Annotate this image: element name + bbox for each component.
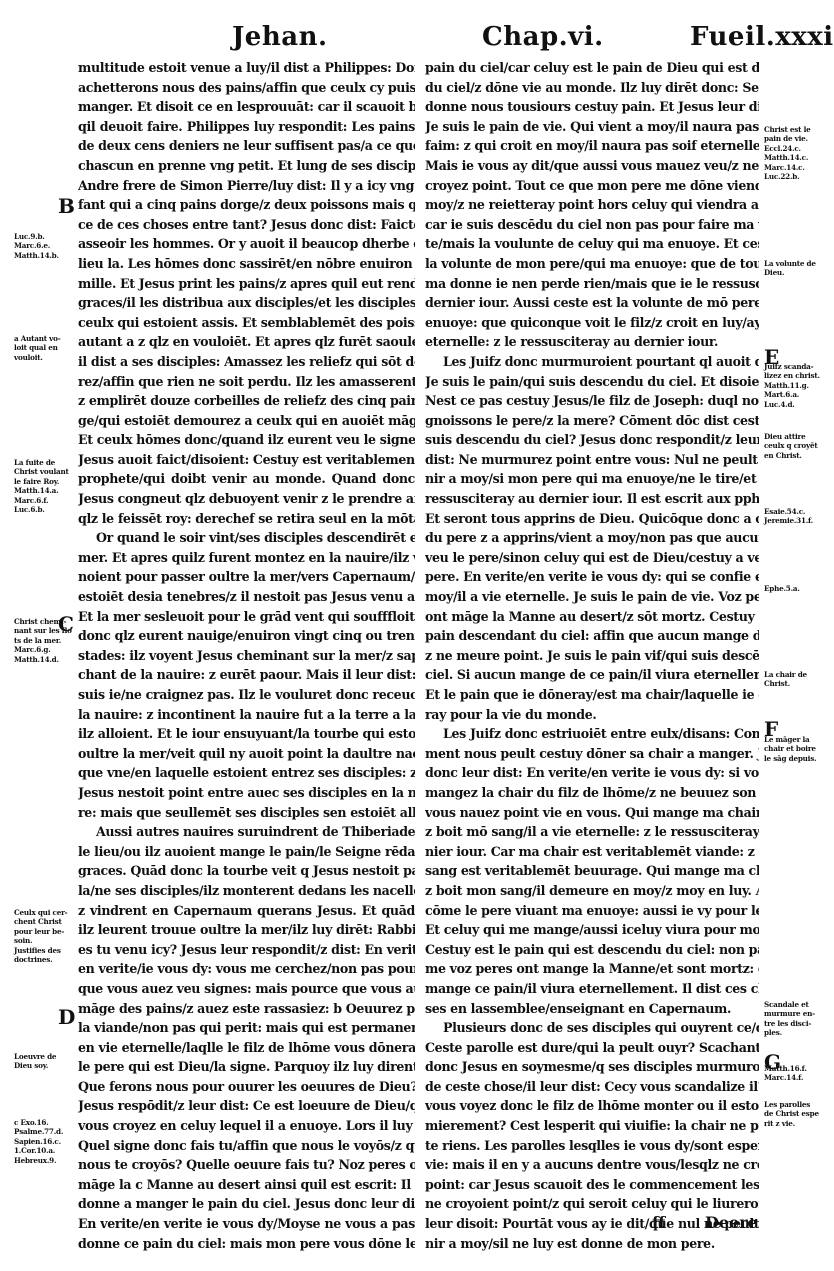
text-line: ses en lassemblee/enseignant en Capernau… (425, 999, 759, 1019)
margin-note: a Autant vo- loit qual en vouloit. (14, 334, 74, 362)
margin-note: Luc.9.b. Marc.6.e. Matth.14.b. (14, 232, 74, 260)
text-line: chant de la nauire: z eurēt paour. Mais … (78, 665, 415, 685)
text-line: Aussi autres nauires suruindrent de Thib… (78, 822, 415, 842)
margin-note: Loeuvre de Dieu soy. (14, 1052, 74, 1071)
section-letter: E (764, 345, 779, 369)
text-line: donne ce pain du ciel: mais mon pere vou… (78, 1234, 415, 1254)
text-line: ressusciteray au dernier iour. Il est es… (425, 489, 759, 509)
text-line: cōme le pere viuant ma enuoye: aussi ie … (425, 901, 759, 921)
text-line: de deux cens deniers ne leur suffisent p… (78, 136, 415, 156)
text-line: qlz le feissēt roy: derechef se retira s… (78, 509, 415, 529)
margin-note: Les parolles de Christ espe rit z vie. (764, 1100, 832, 1128)
text-line: mangez la chair du filz de lhōme/z ne be… (425, 783, 759, 803)
text-line: multitude estoit venue a luy/il dist a P… (78, 58, 415, 78)
text-line: qil deuoit faire. Philippes luy respondi… (78, 117, 415, 137)
text-line: ciel. Si aucun mange de ce pain/il viura… (425, 665, 759, 685)
text-line: moy/il a vie eternelle. Je suis le pain … (425, 587, 759, 607)
text-line: donne nous tousiours cestuy pain. Et Jes… (425, 97, 759, 117)
text-line: En verite/en verite ie vous dy/Moyse ne … (78, 1214, 415, 1234)
text-line: donc leur dist: En verite/en verite ie v… (425, 763, 759, 783)
text-line: z vindrent en Capernaum querans Jesus. E… (78, 901, 415, 921)
text-line: Andre frere de Simon Pierre/luy dist: Il… (78, 176, 415, 196)
section-letter: C (58, 612, 74, 636)
text-line: nir a moy/si mon pere qui ma enuoye/ne l… (425, 469, 759, 489)
margin-note: La chair de Christ. (764, 670, 832, 689)
section-letter: D (58, 1005, 75, 1029)
margin-note: Ephe.5.a. (764, 584, 832, 593)
text-line: Et celuy qui me mange/aussi iceluy viura… (425, 920, 759, 940)
text-line: ilz leurent trouue oultre la mer/ilz luy… (78, 920, 415, 940)
text-line: dist: Ne murmurez point entre vous: Nul … (425, 450, 759, 470)
text-line: il dist a ses disciples: Amassez les rel… (78, 352, 415, 372)
text-line: Or quand le soir vint/ses disciples desc… (78, 528, 415, 548)
text-line: la/ne ses disciples/ilz monterent dedans… (78, 881, 415, 901)
text-line: ma donne ie nen perde rien/mais que ie l… (425, 274, 759, 294)
text-line: vie: mais il en y a aucuns dentre vous/l… (425, 1155, 759, 1175)
text-line: z emplirēt douze corbeilles de reliefz d… (78, 391, 415, 411)
text-line: Et le pain que ie dōneray/est ma chair/l… (425, 685, 759, 705)
right-text-column: pain du ciel/car celuy est le pain de Di… (425, 58, 759, 1253)
text-line: du ciel/z dōne vie au monde. Ilz luy dir… (425, 78, 759, 98)
text-line: fant qui a cinq pains dorge/z deux poiss… (78, 195, 415, 215)
text-line: chascun en prenne vng petit. Et lung de … (78, 156, 415, 176)
text-line: rez/affin que rien ne soit perdu. Ilz le… (78, 372, 415, 392)
text-line: mille. Et Jesus print les pains/z apres … (78, 274, 415, 294)
text-line: māge la c Manne au desert ainsi quil est… (78, 1175, 415, 1195)
text-line: te riens. Les parolles lesqlles ie vous … (425, 1136, 759, 1156)
text-line: donne a manger le pain du ciel. Jesus do… (78, 1194, 415, 1214)
text-line: la nauire: z incontinent la nauire fut a… (78, 705, 415, 725)
text-line: graces. Quād donc la tourbe veit q Jesus… (78, 861, 415, 881)
text-line: vous voyez donc le filz de lhōme monter … (425, 1096, 759, 1116)
text-line: en vie eternelle/laqlle le filz de lhōme… (78, 1038, 415, 1058)
text-line: Mais ie vous ay dit/que aussi vous mauez… (425, 156, 759, 176)
margin-note: Scandale et murmure en- tre les disci- p… (764, 1000, 832, 1038)
text-line: veu le pere/sinon celuy qui est de Dieu/… (425, 548, 759, 568)
text-line: oultre la mer/veit quil ny auoit point l… (78, 744, 415, 764)
text-line: Les Juifz donc estriuoiēt entre eulx/dis… (425, 724, 759, 744)
signature-mark: ff (652, 1213, 665, 1232)
text-line: le lieu/ou ilz auoient mange le pain/le … (78, 842, 415, 862)
text-line: re: mais que seullemēt ses disciples sen… (78, 803, 415, 823)
running-head-book: Jehan. (232, 22, 328, 52)
section-letter: G (764, 1050, 781, 1074)
left-text-column: multitude estoit venue a luy/il dist a P… (78, 58, 415, 1253)
text-line: Je suis le pain de vie. Qui vient a moy/… (425, 117, 759, 137)
text-line: enuoye: que quiconque voit le filz/z cro… (425, 313, 759, 333)
text-line: dernier iour. Aussi ceste est la volunte… (425, 293, 759, 313)
text-line: Nest ce pas cestuy Jesus/le filz de Jose… (425, 391, 759, 411)
text-line: ilz alloient. Et le iour ensuyuant/la to… (78, 724, 415, 744)
text-line: autant a z qlz en vouloiēt. Et apres qlz… (78, 332, 415, 352)
text-line: en verite/ie vous dy: vous me cerchez/no… (78, 959, 415, 979)
text-line: la volunte de mon pere/qui ma enuoye: qu… (425, 254, 759, 274)
text-line: graces/il les distribua aux disciples/et… (78, 293, 415, 313)
margin-note: Esaie.54.c. Jeremie.31.f. (764, 507, 832, 526)
running-head-chapter: Chap.vi. (482, 22, 604, 52)
text-line: faim: z qui croit en moy/il naura pas so… (425, 136, 759, 156)
text-line: moy/z ne reietteray point hors celuy qui… (425, 195, 759, 215)
text-line: Jesus auoit faict/disoient: Cestuy est v… (78, 450, 415, 470)
catchword: Deere (705, 1213, 758, 1232)
margin-note: La volunte de Dieu. (764, 259, 832, 278)
text-line: lieu la. Les hōmes donc sassirēt/en nōbr… (78, 254, 415, 274)
text-line: noient pour passer oultre la mer/vers Ca… (78, 567, 415, 587)
text-line: de ceste chose/il leur dist: Cecy vous s… (425, 1077, 759, 1097)
margin-note: Christ est le pain de vie. Eccl.24.c. Ma… (764, 125, 832, 181)
text-line: pain du ciel/car celuy est le pain de Di… (425, 58, 759, 78)
text-line: vous nauez point vie en vous. Qui mange … (425, 803, 759, 823)
text-line: du pere z a apprins/vient a moy/non pas … (425, 528, 759, 548)
text-line: car ie suis descēdu du ciel non pas pour… (425, 215, 759, 235)
margin-note: Juifz scanda- lizez en christ. Matth.11.… (764, 362, 832, 409)
text-line: es tu venu icy? Jesus leur respondit/z d… (78, 940, 415, 960)
text-line: Et la mer sesleuoit pour le grād vent qu… (78, 607, 415, 627)
text-line: z boit mon sang/il demeure en moy/z moy … (425, 881, 759, 901)
text-line: māge des pains/z auez este rassasiez: b … (78, 999, 415, 1019)
running-head-folio: Fueil.xxxi. (690, 22, 834, 52)
text-line: Jesus respōdit/z leur dist: Ce est loeuu… (78, 1096, 415, 1116)
text-line: Et ceulx hōmes donc/quand ilz eurent veu… (78, 430, 415, 450)
text-line: ce de ces choses entre tant? Jesus donc … (78, 215, 415, 235)
text-line: Je suis le pain/qui suis descendu du cie… (425, 372, 759, 392)
text-line: stades: ilz voyent Jesus cheminant sur l… (78, 646, 415, 666)
book-page: Jehan. Chap.vi. Fueil.xxxi. multitude es… (0, 0, 834, 1271)
text-line: Quel signe donc fais tu/affin que nous l… (78, 1136, 415, 1156)
text-line: ne croyoient point/z qui seroit celuy qu… (425, 1194, 759, 1214)
text-line: nier iour. Car ma chair est veritablemēt… (425, 842, 759, 862)
text-line: ment nous peult cestuy dōner sa chair a … (425, 744, 759, 764)
text-line: croyez point. Tout ce que mon pere me dō… (425, 176, 759, 196)
section-letter: F (764, 717, 778, 741)
text-line: mierement? Cest lesperit qui viuifie: la… (425, 1116, 759, 1136)
margin-note: c Exo.16. Psalme.77.d. Sapien.16.c. 1.Co… (14, 1118, 74, 1165)
text-line: gnoissons le pere/z la mere? Cōment dōc … (425, 411, 759, 431)
text-line: pere. En verite/en verite ie vous dy: qu… (425, 567, 759, 587)
text-line: point: car Jesus scauoit des le commence… (425, 1175, 759, 1195)
text-line: nous te croyōs? Quelle oeuure fais tu? N… (78, 1155, 415, 1175)
margin-note: Ceulx qui cer- chent Christ pour leur be… (14, 908, 74, 964)
text-line: pain descendant du ciel: affin que aucun… (425, 626, 759, 646)
text-line: eternelle: z le ressusciteray au dernier… (425, 332, 759, 352)
text-line: Et seront tous apprins de Dieu. Quicōque… (425, 509, 759, 529)
text-line: Les Juifz donc murmuroient pourtant ql a… (425, 352, 759, 372)
section-letter: B (58, 194, 75, 218)
text-line: Ceste parolle est dure/qui la peult ouyr… (425, 1038, 759, 1058)
text-line: Jesus nestoit point entre auec ses disci… (78, 783, 415, 803)
text-line: Jesus congneut qlz debuoyent venir z le … (78, 489, 415, 509)
text-line: mange ce pain/il viura eternellement. Il… (425, 979, 759, 999)
margin-note: Dieu attire ceulx q croyēt en Christ. (764, 432, 832, 460)
text-line: achetterons nous des pains/affin que ceu… (78, 78, 415, 98)
text-line: manger. Et disoit ce en lesprouuāt: car … (78, 97, 415, 117)
text-line: ge/qui estoiēt demourez a ceulx qui en a… (78, 411, 415, 431)
text-line: estoiēt desia tenebres/z il nestoit pas … (78, 587, 415, 607)
text-line: me voz peres ont mange la Manne/et sont … (425, 959, 759, 979)
text-line: z boit mō sang/il a vie eternelle: z le … (425, 822, 759, 842)
text-line: te/mais la voulunte de celuy qui ma enuo… (425, 234, 759, 254)
text-line: suis descendu du ciel? Jesus donc respon… (425, 430, 759, 450)
text-line: donc qlz eurent nauige/enuiron vingt cin… (78, 626, 415, 646)
text-line: le pere qui est Dieu/la signe. Parquoy i… (78, 1057, 415, 1077)
text-line: vous croyez en celuy lequel il a enuoye.… (78, 1116, 415, 1136)
text-line: asseoir les hommes. Or y auoit il beauco… (78, 234, 415, 254)
margin-note: La fuite de Christ voulant le faire Roy.… (14, 458, 74, 514)
text-line: Que ferons nous pour ouurer les oeuures … (78, 1077, 415, 1097)
text-line: z ne meure point. Je suis le pain vif/qu… (425, 646, 759, 666)
text-line: prophete/qui doibt venir au monde. Quand… (78, 469, 415, 489)
text-line: la viande/non pas qui perit: mais qui es… (78, 1018, 415, 1038)
text-line: Plusieurs donc de ses disciples qui ouyr… (425, 1018, 759, 1038)
text-line: ont māge la Manne au desert/z sōt mortz.… (425, 607, 759, 627)
text-line: mer. Et apres quilz furent montez en la … (78, 548, 415, 568)
text-line: ceulx qui estoient assis. Et semblablemē… (78, 313, 415, 333)
text-line: suis ie/ne craignez pas. Ilz le vouluret… (78, 685, 415, 705)
text-line: ray pour la vie du monde. (425, 705, 759, 725)
text-line: nir a moy/sil ne luy est donne de mon pe… (425, 1234, 759, 1254)
text-line: que vous auez veu signes: mais pource qu… (78, 979, 415, 999)
text-line: Cestuy est le pain qui est descendu du c… (425, 940, 759, 960)
text-line: donc Jesus en soymesme/q ses disciples m… (425, 1057, 759, 1077)
text-line: que vne/en laquelle estoient entrez ses … (78, 763, 415, 783)
text-line: sang est veritablemēt beuurage. Qui mang… (425, 861, 759, 881)
